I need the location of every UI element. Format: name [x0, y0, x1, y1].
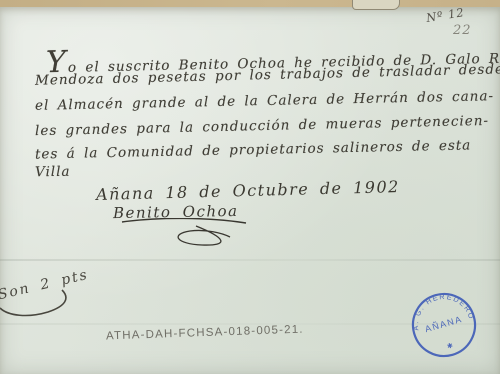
manuscript-line: Villa — [35, 164, 71, 181]
stamp-center-text: AÑANA — [424, 314, 464, 334]
stamp-bottom-star: ✱ — [446, 341, 454, 350]
paper-crease — [0, 259, 500, 261]
signature: Benito Ochoa — [113, 202, 239, 222]
scanned-document: Nº 12 22 Yo el suscrito Benito Ochoa he … — [0, 0, 500, 374]
paper-fold-tab — [352, 0, 400, 10]
